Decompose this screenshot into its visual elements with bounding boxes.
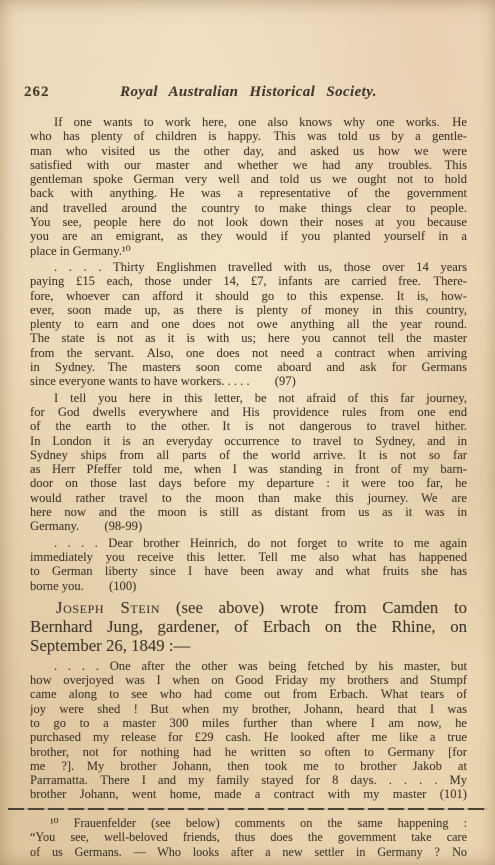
text-line: If one wants to work here, one also know…	[30, 115, 467, 129]
text-line: In London it is an everyday occurrence t…	[30, 434, 467, 448]
text-line: place in Germany.¹⁰	[30, 244, 467, 258]
text-line: . . . . Thirty Englishmen travelled with…	[30, 260, 467, 274]
text-line: how overjoyed was I when on Good Friday …	[30, 673, 467, 687]
text-line: here now and the moon is still as distan…	[30, 505, 467, 519]
footnote-divider	[8, 808, 487, 810]
text-line: gentleman spoke German very well and tol…	[30, 172, 467, 186]
section-heading-joseph-stein: Joseph Stein (see above) wrote from Camd…	[30, 598, 467, 655]
text-line: immediately you receive this letter. Tel…	[30, 550, 467, 564]
text-line: ever, soon made up, as there is plenty o…	[30, 303, 467, 317]
text-line: Sydney ships from all parts of the world…	[30, 448, 467, 462]
heading-person-name: Joseph Stein	[56, 598, 160, 617]
text-line: I tell you here in this letter, be not a…	[30, 391, 467, 405]
text-line: “You see, well-beloved friends, thus doe…	[30, 830, 467, 845]
text-line: brother Johann, went home, made a contra…	[30, 787, 467, 801]
text-line: back with anything. He was a representat…	[30, 186, 467, 200]
page-number: 262	[24, 84, 50, 101]
text-line: to go to a master 300 miles further than…	[30, 716, 467, 730]
text-line: . . . . Dear brother Heinrich, do not fo…	[30, 536, 467, 550]
text-line: paying £15 each, those under 14, £7, inf…	[30, 274, 467, 288]
text-line: Parramatta. There I and my family stayed…	[30, 773, 467, 787]
heading-line-rest: (see above) wrote from Camden to	[160, 598, 467, 617]
text-line: me ?]. My brother Johann, then took me t…	[30, 759, 467, 773]
paragraph-letter-excerpt-3: I tell you here in this letter, be not a…	[30, 391, 467, 534]
text-line: fore, whoever can afford it should go to…	[30, 289, 467, 303]
text-line: satisfied with our master and whether we…	[30, 158, 467, 172]
text-line: man who visited us the other day, and as…	[30, 144, 467, 158]
text-line: plenty to earn and one does not owe anyt…	[30, 317, 467, 331]
scanned-book-page: 262 Royal Australian Historical Society.…	[0, 0, 495, 865]
text-line: Germany. (98-99)	[30, 519, 467, 533]
text-line: you are an emigrant, as they would if yo…	[30, 229, 467, 243]
heading-line: Bernhard Jung, gardener, of Erbach on th…	[30, 617, 467, 636]
journal-title: Royal Australian Historical Society.	[30, 84, 467, 101]
text-line: since everyone wants to have workers. . …	[30, 374, 467, 388]
running-head: 262 Royal Australian Historical Society.	[30, 84, 467, 103]
text-line: for God dwells everywhere and His provid…	[30, 405, 467, 419]
text-line: purchased my release for £29 cash. He lo…	[30, 730, 467, 744]
heading-line: Joseph Stein (see above) wrote from Camd…	[30, 598, 467, 617]
text-line: The state is not as it is with us; here …	[30, 331, 467, 345]
text-line: of us Germans. — Who looks after a new s…	[30, 845, 467, 860]
text-line: as Herr Pfeffer told me, when I was stan…	[30, 462, 467, 476]
heading-line: September 26, 1849 :—	[30, 636, 467, 655]
text-line: and travelled around the country to make…	[30, 201, 467, 215]
text-line: came along to see who had come out from …	[30, 687, 467, 701]
text-line: brother, not for nothing had he written …	[30, 745, 467, 759]
footnote: ¹⁰ Frauenfelder (see below) comments on …	[30, 816, 467, 860]
text-line: . . . . One after the other was being fe…	[30, 659, 467, 673]
text-line: to German liberty since I have been away…	[30, 564, 467, 578]
paragraph-letter-excerpt-4: . . . . Dear brother Heinrich, do not fo…	[30, 536, 467, 593]
text-line: door on those last days before my depart…	[30, 476, 467, 490]
text-line: would rather travel to the moon than mak…	[30, 491, 467, 505]
text-line: in Sydney. The masters soon come aboard …	[30, 360, 467, 374]
paragraph-letter-excerpt-2: . . . . Thirty Englishmen travelled with…	[30, 260, 467, 389]
text-line: You see, people here do not look down th…	[30, 215, 467, 229]
paragraph-letter-excerpt-1: If one wants to work here, one also know…	[30, 115, 467, 258]
paragraph-letter-excerpt-5: . . . . One after the other was being fe…	[30, 659, 467, 802]
text-line: borne you. (100)	[30, 579, 467, 593]
text-line: joy were shed ! But when my brother, Joh…	[30, 702, 467, 716]
text-line: of the earth to the other. It is not dan…	[30, 419, 467, 433]
text-line: who has plenty of children is happy. Thi…	[30, 129, 467, 143]
text-line: ¹⁰ Frauenfelder (see below) comments on …	[30, 816, 467, 831]
body-text: If one wants to work here, one also know…	[30, 115, 467, 860]
text-line: from the servant. Also, one does not nee…	[30, 346, 467, 360]
